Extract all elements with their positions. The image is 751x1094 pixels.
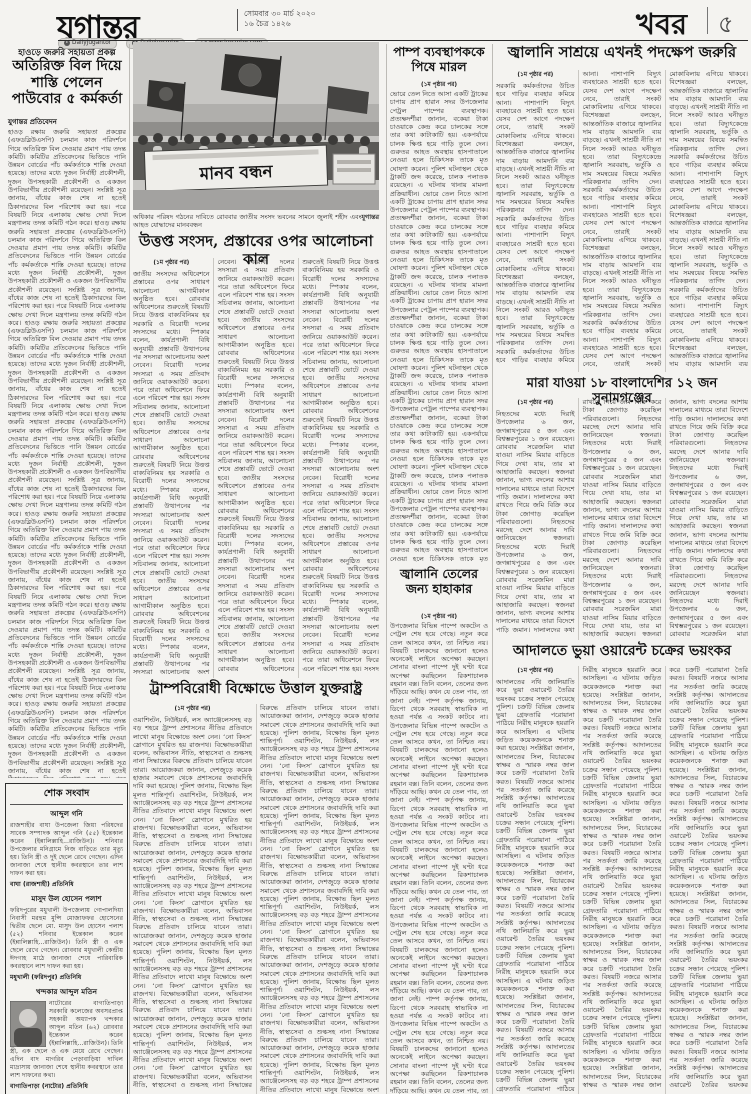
story-body-warrant: (১ম পৃষ্ঠার পর) আদালতের নথি জালিয়াতি কর…	[496, 666, 748, 1094]
column-divider	[386, 44, 387, 1094]
story-headline-energy: জ্বালানি সাশ্রয়ে এখনই পদক্ষেপ জরুরি	[496, 44, 748, 62]
obituary-correspondent: বাঘা (রাজশাহী) প্রতিনিধি	[10, 879, 123, 890]
story-body-text: ওয়াশিংটন, নিউইয়র্ক, লস অ্যাঞ্জেলেসসহ ব…	[133, 704, 379, 1094]
story-headline-warrant: আদালতে ভুয়া ওয়ারেন্ট চক্রের ভয়ংকর	[496, 643, 748, 660]
obituary-text: নাটোরের বাগাতিপাড়া সরকারি কলেজের অবসরপ্…	[10, 1000, 123, 1080]
story-body-text: জাতীয় সংসদের অধিবেশনে প্রস্তাবের ওপর সা…	[133, 258, 379, 678]
masthead-rule	[58, 40, 748, 41]
news-photo-human-chain: মানব বন্ধন	[133, 42, 379, 210]
obituary-correspondent: বাগাতিপাড়া (নাটোর) প্রতিনিধি	[10, 1081, 123, 1092]
story-headline-trump: ট্রাম্পবিরোধী বিক্ষোভে উত্তাল যুক্তরাষ্ট…	[133, 681, 379, 698]
story-body-pump: ভোরে তেল নিতে আসা একটি ট্রাকের চাপায় প্…	[390, 90, 488, 562]
story-body-paubo: হাওড় রক্ষায় জরুরি সহায়তা প্রকল্পের (এ…	[8, 128, 126, 778]
banner-text: মানব বন্ধন	[198, 162, 273, 185]
photo-credit: যুগান্তর	[361, 213, 379, 221]
obituary-entry: আব্দুল গনি রাজশাহীর বাঘা উপজেলা জিয়া পর…	[10, 809, 123, 890]
column-divider	[492, 44, 493, 1094]
story-headline-paubo: অতিরিক্ত বিল দিয়ে শাস্তি পেলেন পাউবোর ৫…	[8, 58, 126, 108]
newspaper-page: যুগান্তর সোমবার ৩০ মার্চ ২০২০ ১৬ চৈত্র ১…	[0, 0, 751, 1094]
date-block: সোমবার ৩০ মার্চ ২০২০ ১৬ চৈত্র ১৪২৬	[244, 9, 316, 28]
obituary-box: শোক সংবাদ আব্দুল গনি রাজশাহীর বাঘা উপজেল…	[5, 783, 128, 1094]
obituary-text: রাজশাহীর বাঘা উপজেলা জিয়া পরিষদের সাবেক…	[10, 822, 123, 878]
obituary-entry: মাসুদ উল হোসেন পলাশ ফরিদপুরের মধুখালী উপ…	[10, 894, 123, 983]
story-body-sangsad: (১ম পৃষ্ঠার পর) জাতীয় সংসদের অধিবেশনে প…	[133, 258, 379, 678]
column-divider	[129, 44, 130, 1094]
obituary-text: ফরিদপুরের মধুখালী উপজেলায় গোপালদিয়া নি…	[10, 907, 123, 971]
date-bangla: ১৬ চৈত্র ১৪২৬	[244, 19, 316, 29]
obituary-entry: খন্দকার আব্দুল মতিন নাটোরের বাগাতিপাড়া …	[10, 987, 123, 1092]
story-body-fuel: উপজেলার বিভিন্ন পাম্পে অকটেন ও পেট্রল শে…	[390, 622, 488, 1094]
obituary-name: আব্দুল গনি	[10, 809, 123, 821]
photo-caption-text: অধিকার পরিষদ গঠনের দাবিতে রোববার জাতীয় …	[133, 213, 361, 229]
continued-from-tag: (১ম পৃষ্ঠার পর)	[133, 258, 210, 268]
section-divider	[707, 7, 708, 34]
continued-from-tag: (১ম পৃষ্ঠার পর)	[496, 398, 575, 408]
obituary-name: খন্দকার আব্দুল মতিন	[10, 987, 123, 999]
story-body-text: আদালতের নথি জালিয়াতি করে ভুয়া ওয়ারেন্…	[496, 666, 748, 1094]
obituary-title: শোক সংবাদ	[10, 787, 123, 805]
story-body-trump: (১ম পৃষ্ঠার পর) ওয়াশিংটন, নিউইয়র্ক, লস…	[133, 704, 379, 1094]
story-body-deaths: (১ম পৃষ্ঠার পর) নিহতদের মধ্যে দিরাই উপজে…	[496, 398, 748, 640]
story-headline-fuel: জ্বালানি তেলের জন্য হাহাকার	[390, 567, 488, 597]
story-body-text: সরকারি কর্মকর্তাদের উচিত হবে গাড়ির ব্যব…	[496, 70, 748, 372]
continued-from-tag: (১ম পৃষ্ঠার পর)	[496, 666, 575, 676]
story-body-energy: (১ম পৃষ্ঠার পর) সরকারি কর্মকর্তাদের উচিত…	[496, 70, 748, 372]
story-body-text: নিহতদের মধ্যে দিরাই উপজেলার ৬ জন, জগন্না…	[496, 398, 748, 640]
continued-from-tag: (১ম পৃষ্ঠার পর)	[133, 704, 252, 714]
story-byline: যুগান্তর প্রতিবেদন	[8, 116, 126, 128]
obituary-name: মাসুদ উল হোসেন পলাশ	[10, 894, 123, 906]
photo-caption: যুগান্তর অধিকার পরিষদ গঠনের দাবিতে রোববা…	[133, 213, 379, 229]
continued-from-tag: (১ম পৃষ্ঠার পর)	[496, 70, 575, 80]
obituary-portrait-photo	[10, 1001, 46, 1047]
story-headline-pump: পাম্প ব্যবস্থাপককে পিষে মারল	[390, 45, 488, 75]
obituary-correspondent: মধুখালী (ফরিদপুর) প্রতিনিধি	[10, 972, 123, 983]
date-gregorian: সোমবার ৩০ মার্চ ২০২০	[244, 9, 316, 19]
